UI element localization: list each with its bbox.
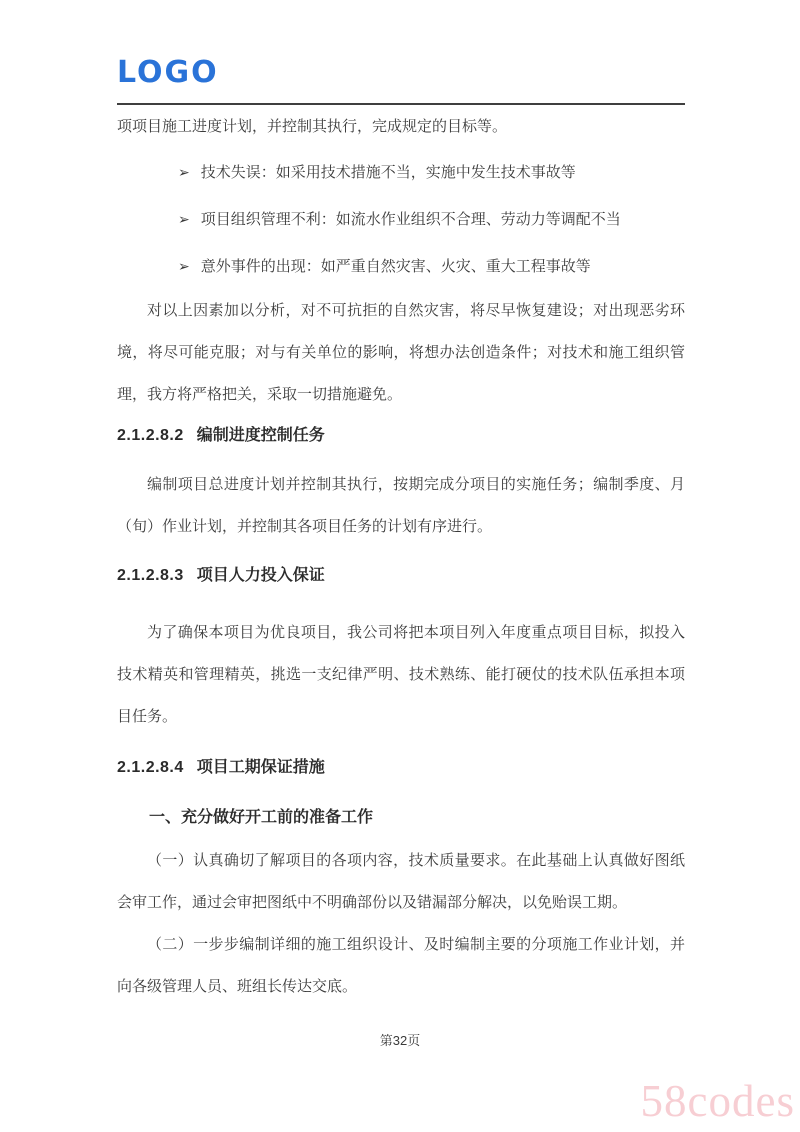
section-heading-2-1-2-8-2: 2.1.2.8.2编制进度控制任务: [117, 424, 685, 448]
list-item-text: 意外事件的出现：如严重自然灾害、火灾、重大工程事故等: [201, 258, 591, 275]
list-item: ➢意外事件的出现：如严重自然灾害、火灾、重大工程事故等: [178, 243, 685, 290]
page-number: 第32页: [0, 1030, 800, 1049]
list-item-text: 技术失误：如采用技术措施不当，实施中发生技术事故等: [201, 164, 576, 181]
paragraph-prep-item-1: （一）认真确切了解项目的各项内容，技术质量要求。在此基础上认真做好图纸会审工作，…: [117, 840, 685, 924]
list-item: ➢项目组织管理不利：如流水作业组织不合理、劳动力等调配不当: [178, 196, 685, 243]
section-title: 编制进度控制任务: [197, 427, 325, 444]
paragraph-manpower-guarantee: 为了确保本项目为优良项目，我公司将把本项目列入年度重点项目目标，拟投入技术精英和…: [117, 612, 685, 738]
document-page: LOGO 项项目施工进度计划，并控制其执行，完成规定的目标等。 ➢技术失误：如采…: [0, 0, 800, 1132]
paragraph-analysis: 对以上因素加以分析，对不可抗拒的自然灾害，将尽早恢复建设；对出现恶劣环境，将尽可…: [117, 290, 685, 416]
section-number: 2.1.2.8.3: [117, 567, 184, 584]
list-item-text: 项目组织管理不利：如流水作业组织不合理、劳动力等调配不当: [201, 211, 621, 228]
watermark: 58codes: [641, 1079, 795, 1124]
paragraph-intro: 项项目施工进度计划，并控制其执行，完成规定的目标等。: [117, 105, 685, 149]
section-number: 2.1.2.8.2: [117, 427, 184, 444]
paragraph-schedule-control: 编制项目总进度计划并控制其执行，按期完成分项目的实施任务；编制季度、月（旬）作业…: [117, 464, 685, 548]
arrow-bullet-icon: ➢: [178, 149, 190, 195]
sub-heading-preparation: 一、充分做好开工前的准备工作: [117, 806, 685, 830]
arrow-bullet-icon: ➢: [178, 243, 190, 289]
section-heading-2-1-2-8-3: 2.1.2.8.3项目人力投入保证: [117, 564, 685, 588]
section-heading-2-1-2-8-4: 2.1.2.8.4项目工期保证措施: [117, 756, 685, 780]
company-logo: LOGO: [117, 56, 219, 90]
section-title: 项目人力投入保证: [197, 567, 325, 584]
list-item: ➢技术失误：如采用技术措施不当，实施中发生技术事故等: [178, 149, 685, 196]
section-title: 项目工期保证措施: [197, 759, 325, 776]
paragraph-prep-item-2: （二）一步步编制详细的施工组织设计、及时编制主要的分项施工作业计划，并向各级管理…: [117, 924, 685, 1008]
section-number: 2.1.2.8.4: [117, 759, 184, 776]
arrow-bullet-icon: ➢: [178, 196, 190, 242]
document-body: 项项目施工进度计划，并控制其执行，完成规定的目标等。 ➢技术失误：如采用技术措施…: [117, 105, 685, 1008]
risk-factor-list: ➢技术失误：如采用技术措施不当，实施中发生技术事故等 ➢项目组织管理不利：如流水…: [117, 149, 685, 290]
